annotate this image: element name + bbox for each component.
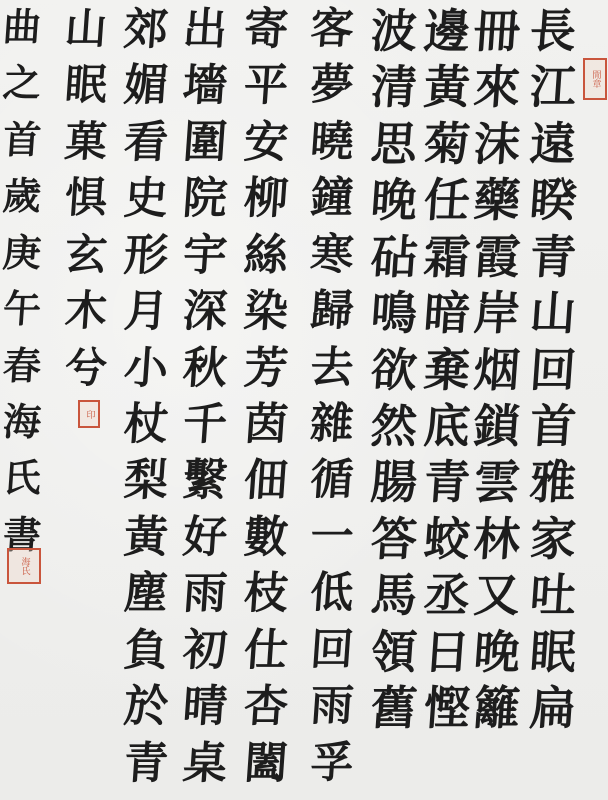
calligraphy-character: 墻 — [178, 64, 231, 108]
calligraphy-character: 思 — [367, 121, 420, 167]
calligraphy-character: 歸 — [305, 290, 358, 333]
calligraphy-character: 霞 — [470, 234, 523, 280]
calligraphy-character: 出 — [178, 8, 231, 52]
calligraphy-character: 負 — [119, 629, 172, 673]
calligraphy-character: 形 — [119, 234, 172, 278]
calligraphy-character: 砧 — [367, 234, 420, 280]
calligraphy-character: 山 — [60, 8, 113, 50]
calligraphy-character: 晴 — [178, 685, 231, 729]
calligraphy-character: 去 — [305, 347, 358, 390]
calligraphy-character: 芳 — [239, 347, 292, 391]
calligraphy-character: 暗 — [420, 290, 473, 336]
calligraphy-character: 好 — [178, 516, 231, 560]
calligraphy-character: 絲 — [239, 234, 292, 278]
calligraphy-character: 客 — [305, 8, 358, 51]
calligraphy-character: 看 — [119, 121, 172, 165]
calligraphy-character: 佃 — [239, 459, 292, 503]
calligraphy-character: 菊 — [420, 121, 473, 167]
calligraphy-character: 氏 — [0, 459, 48, 497]
signature-seal: 海氏 — [7, 548, 41, 584]
calligraphy-character: 扁 — [526, 685, 579, 731]
calligraphy-character: 惧 — [60, 177, 113, 219]
calligraphy-character: 青 — [526, 234, 579, 280]
calligraphy-character: 烟 — [470, 347, 523, 393]
calligraphy-character: 雜 — [305, 403, 358, 446]
calligraphy-character: 循 — [305, 459, 358, 502]
calligraphy-character: 慳 — [420, 685, 473, 731]
calligraphy-character: 波 — [367, 8, 420, 54]
calligraphy-character: 孚 — [305, 742, 358, 785]
calligraphy-character: 夢 — [305, 64, 358, 107]
calligraphy-character: 玄 — [60, 234, 113, 276]
calligraphy-character: 眠 — [526, 629, 579, 675]
calligraphy-character: 闔 — [239, 742, 292, 786]
calligraphy-character: 底 — [420, 403, 473, 449]
calligraphy-character: 籬 — [470, 685, 523, 731]
calligraphy-character: 塵 — [119, 572, 172, 616]
calligraphy-character: 歲 — [0, 177, 48, 215]
calligraphy-character: 鎖 — [470, 403, 523, 449]
calligraphy-character: 茵 — [239, 403, 292, 447]
calligraphy-character: 郊 — [119, 8, 172, 52]
calligraphy-character: 領 — [367, 629, 420, 675]
calligraphy-character: 月 — [119, 290, 172, 334]
calligraphy-character: 杖 — [119, 403, 172, 447]
calligraphy-character: 霜 — [420, 234, 473, 280]
calligraphy-character: 寒 — [305, 234, 358, 277]
calligraphy-character: 於 — [119, 685, 172, 729]
calligraphy-character: 深 — [178, 290, 231, 334]
calligraphy-character: 黃 — [420, 64, 473, 110]
calligraphy-character: 千 — [178, 403, 231, 447]
calligraphy-character: 媚 — [119, 64, 172, 108]
calligraphy-character: 安 — [239, 121, 292, 165]
calligraphy-character: 日 — [420, 629, 473, 675]
top-right-seal: 閒章 — [583, 58, 607, 100]
calligraphy-character: 午 — [0, 290, 48, 328]
calligraphy-character: 數 — [239, 516, 292, 560]
calligraphy-character: 黃 — [119, 516, 172, 560]
calligraphy-character: 低 — [305, 572, 358, 615]
calligraphy-character: 兮 — [60, 347, 113, 389]
calligraphy-character: 柳 — [239, 177, 292, 221]
calligraphy-character: 宇 — [178, 234, 231, 278]
calligraphy-character: 仕 — [239, 629, 292, 673]
calligraphy-character: 鳴 — [367, 290, 420, 336]
calligraphy-character: 晚 — [470, 629, 523, 675]
calligraphy-character: 海 — [0, 403, 48, 441]
calligraphy-character: 之 — [0, 64, 48, 102]
calligraphy-character: 然 — [367, 403, 420, 449]
calligraphy-character: 棄 — [420, 347, 473, 393]
calligraphy-character: 長 — [526, 8, 579, 54]
calligraphy-character: 院 — [178, 177, 231, 221]
calligraphy-character: 桌 — [178, 742, 231, 786]
calligraphy-character: 秋 — [178, 347, 231, 391]
calligraphy-character: 一 — [305, 516, 358, 559]
calligraphy-character: 圍 — [178, 121, 231, 165]
calligraphy-character: 任 — [420, 177, 473, 223]
calligraphy-character: 清 — [367, 64, 420, 110]
calligraphy-character: 首 — [0, 121, 48, 159]
calligraphy-character: 木 — [60, 290, 113, 332]
calligraphy-character: 小 — [119, 347, 172, 391]
calligraphy-character: 來 — [470, 64, 523, 110]
calligraphy-character: 曉 — [305, 121, 358, 164]
calligraphy-character: 梨 — [119, 459, 172, 503]
calligraphy-character: 江 — [526, 64, 579, 110]
calligraphy-character: 馬 — [367, 572, 420, 618]
calligraphy-character: 杏 — [239, 685, 292, 729]
calligraphy-character: 林 — [470, 516, 523, 562]
calligraphy-character: 初 — [178, 629, 231, 673]
calligraphy-character: 雅 — [526, 459, 579, 505]
calligraphy-character: 繫 — [178, 459, 231, 503]
calligraphy-character: 回 — [526, 347, 579, 393]
calligraphy-character: 枝 — [239, 572, 292, 616]
calligraphy-character: 寄 — [239, 8, 292, 52]
calligraphy-character: 沫 — [470, 121, 523, 167]
calligraphy-character: 蛟 — [420, 516, 473, 562]
calligraphy-character: 平 — [239, 64, 292, 108]
calligraphy-character: 冊 — [470, 8, 523, 54]
calligraphy-character: 丞 — [420, 572, 473, 618]
calligraphy-character: 春 — [0, 347, 48, 385]
calligraphy-character: 晚 — [367, 177, 420, 223]
calligraphy-character: 遠 — [526, 121, 579, 167]
calligraphy-character: 史 — [119, 177, 172, 221]
calligraphy-character: 邊 — [420, 8, 473, 54]
calligraphy-character: 染 — [239, 290, 292, 334]
calligraphy-character: 眠 — [60, 64, 113, 106]
calligraphy-character: 雨 — [305, 685, 358, 728]
calligraphy-character: 答 — [367, 516, 420, 562]
calligraphy-character: 腸 — [367, 459, 420, 505]
calligraphy-character: 睽 — [526, 177, 579, 223]
calligraphy-character: 回 — [305, 629, 358, 672]
calligraphy-character: 庚 — [0, 234, 48, 272]
calligraphy-character: 欲 — [367, 347, 420, 393]
calligraphy-character: 鐘 — [305, 177, 358, 220]
calligraphy-character: 雲 — [470, 459, 523, 505]
calligraphy-character: 青 — [119, 742, 172, 786]
calligraphy-character: 菓 — [60, 121, 113, 163]
calligraphy-character: 曲 — [0, 8, 48, 46]
calligraphy-character: 舊 — [367, 685, 420, 731]
calligraphy-character: 又 — [470, 572, 523, 618]
calligraphy-character: 吐 — [526, 572, 579, 618]
middle-seal: 印 — [78, 400, 100, 428]
calligraphy-character: 首 — [526, 403, 579, 449]
calligraphy-character: 青 — [420, 459, 473, 505]
calligraphy-character: 藥 — [470, 177, 523, 223]
calligraphy-character: 雨 — [178, 572, 231, 616]
calligraphy-character: 山 — [526, 290, 579, 336]
calligraphy-character: 岸 — [470, 290, 523, 336]
calligraphy-character: 家 — [526, 516, 579, 562]
